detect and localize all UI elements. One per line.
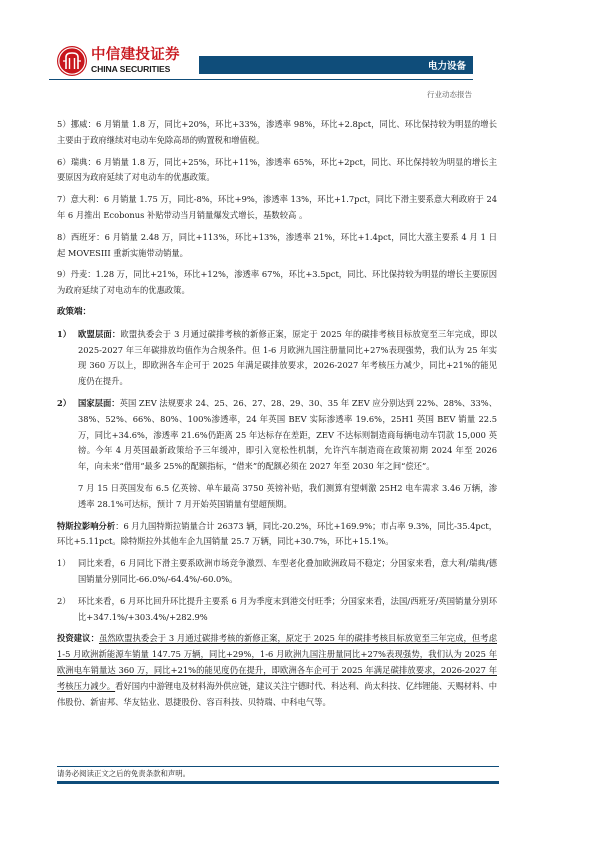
policy-heading: 政策端：	[57, 305, 497, 321]
uk-subsidy-paragraph: 7 月 15 日英国发布 6.5 亿英镑、单车最高 3750 英镑补贴，我们测算…	[78, 481, 497, 513]
country-paragraph-spain: 8）西班牙：6 月销量 2.48 万，同比+113%，环比+13%，渗透率 21…	[57, 230, 497, 262]
tesla-item-text: 环比来看，6 月环比回升环比提升主要系 6 月为季度末到港交付旺季；分国家来看，…	[78, 594, 497, 626]
tesla-analysis-title: 特斯拉影响分析	[57, 521, 115, 531]
tesla-analysis-paragraph: 特斯拉影响分析：6 月九国特斯拉销量合计 26373 辆，同比-20.2%，环比…	[57, 519, 497, 551]
sector-banner: 电力设备	[199, 56, 473, 74]
country-paragraph-sweden: 6）瑞典：6 月销量 1.8 万，同比+25%，环比+11%，渗透率 65%，环…	[57, 155, 497, 187]
sector-label: 电力设备	[428, 58, 466, 72]
country-label: 8）西班牙：	[57, 232, 105, 242]
policy-item-title: 国家层面：	[78, 398, 120, 408]
country-paragraph-norway: 5）挪威：6 月销量 1.8 万，同比+20%，环比+33%，渗透率 98%，环…	[57, 117, 497, 149]
country-label: 6）瑞典：	[57, 157, 96, 167]
policy-item-text: 欧盟执委会于 3 月通过碳排考核的新修正案，原定于 2025 年的碳排考核目标放…	[78, 329, 497, 386]
tesla-item-mom: 2） 环比来看，6 月环比回升环比提升主要系 6 月为季度末到港交付旺季；分国家…	[57, 594, 497, 626]
footer-bar	[57, 781, 499, 784]
investment-recommendation: 投资建议：虽然欧盟执委会于 3 月通过碳排考核的新修正案，原定于 2025 年的…	[57, 631, 497, 710]
policy-item-eu: 1） 欧盟层面：欧盟执委会于 3 月通过碳排考核的新修正案，原定于 2025 年…	[57, 327, 497, 390]
tesla-item-yoy: 1） 同比来看，6 月同比下滑主要系欧洲市场竞争激烈、车型老化叠加欧洲政局不稳定…	[57, 556, 497, 588]
policy-item-text: 英国 ZEV 法规要求 24、25、26、27、28、29、30、35 年 ZE…	[78, 398, 497, 471]
company-logo: 中信建投证券 CHINA SECURITIES	[57, 44, 187, 78]
logo-chinese-name: 中信建投证券	[91, 48, 180, 63]
report-page: 中信建投证券 CHINA SECURITIES 电力设备 行业动态报告 5）挪威…	[0, 0, 595, 842]
logo-english-name: CHINA SECURITIES	[91, 65, 180, 74]
list-number: 1）	[57, 327, 78, 390]
country-text: 6 月销量 1.8 万，同比+25%，环比+11%，渗透率 65%，环比+2pc…	[57, 157, 497, 183]
country-paragraph-italy: 7）意大利：6 月销量 1.75 万，同比-8%，环比+9%，渗透率 13%，环…	[57, 192, 497, 224]
recommendation-stock-list: 看好国内中游锂电及材料海外供应链，建议关注宁德时代、科达利、尚太科技、亿纬锂能、…	[57, 681, 497, 707]
country-paragraph-denmark: 9）丹麦：1.28 万，同比+21%，环比+12%，渗透率 67%，环比+3.5…	[57, 267, 497, 299]
policy-item-title: 欧盟层面：	[78, 329, 120, 339]
footer-divider	[57, 766, 499, 767]
citic-logo-icon	[57, 46, 87, 76]
report-type-label: 行业动态报告	[427, 89, 472, 100]
report-body: 5）挪威：6 月销量 1.8 万，同比+20%，环比+33%，渗透率 98%，环…	[57, 117, 497, 716]
list-number: 2）	[57, 594, 78, 626]
country-text: 1.28 万，同比+21%，环比+12%，渗透率 67%，环比+3.5pct，同…	[57, 269, 497, 295]
country-text: 6 月销量 1.8 万，同比+20%，环比+33%，渗透率 98%，环比+2.8…	[57, 119, 497, 145]
country-label: 7）意大利：	[57, 194, 104, 204]
list-number: 1）	[57, 556, 78, 588]
policy-item-national: 2） 国家层面：英国 ZEV 法规要求 24、25、26、27、28、29、30…	[57, 396, 497, 475]
tesla-item-text: 同比来看，6 月同比下滑主要系欧洲市场竞争激烈、车型老化叠加欧洲政局不稳定；分国…	[78, 556, 497, 588]
tesla-analysis-text: ：6 月九国特斯拉销量合计 26373 辆，同比-20.2%，环比+169.9%…	[57, 521, 497, 547]
disclaimer-note: 请务必阅读正文之后的免责条款和声明。	[57, 768, 190, 779]
country-label: 5）挪威：	[57, 119, 96, 129]
list-number: 2）	[57, 396, 78, 475]
header-divider	[49, 79, 473, 80]
country-text: 6 月销量 1.75 万，同比-8%，环比+9%，渗透率 13%，环比+1.7p…	[57, 194, 497, 220]
country-text: 6 月销量 2.48 万，同比+113%，环比+13%，渗透率 21%，环比+1…	[57, 232, 497, 258]
country-label: 9）丹麦：	[57, 269, 96, 279]
recommendation-title: 投资建议：	[57, 633, 99, 643]
